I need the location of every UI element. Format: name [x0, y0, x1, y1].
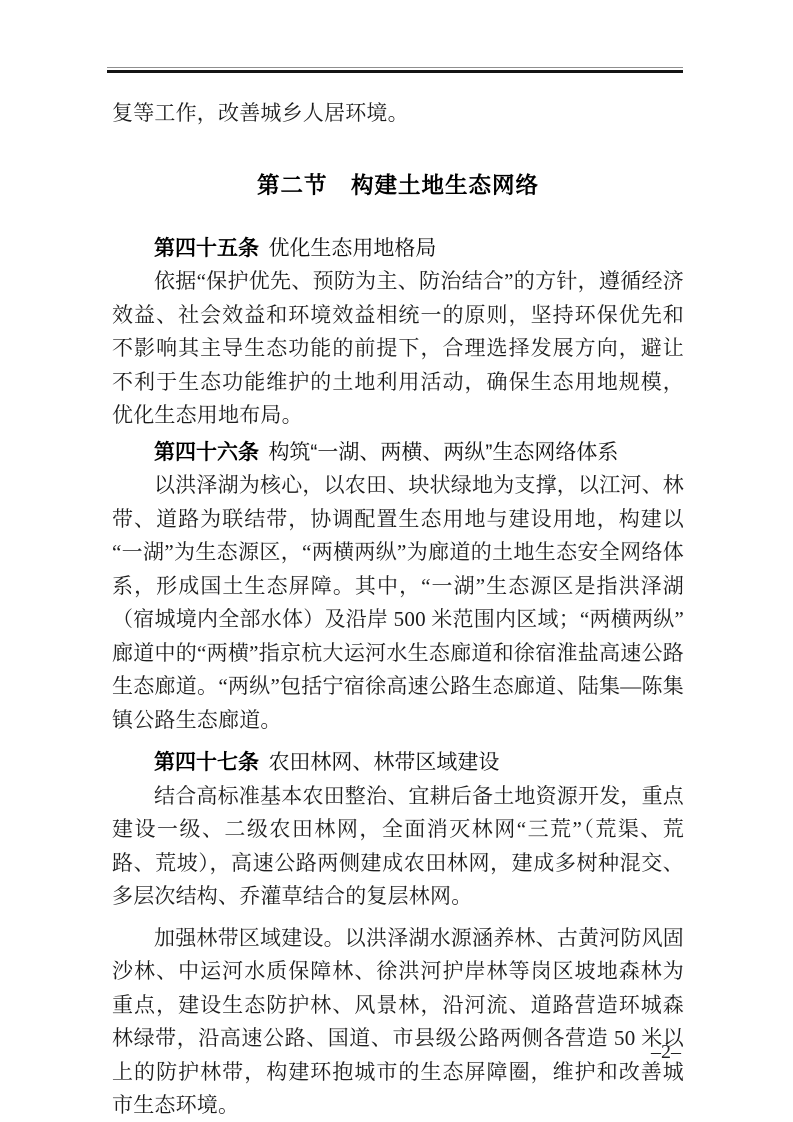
page-number: –2– [651, 1040, 681, 1064]
article-47-heading: 第四十七条农田林网、林带区域建设 [112, 746, 684, 780]
article-47-title: 农田林网、林带区域建设 [268, 751, 499, 774]
article-47-paragraph-2: 加强林带区域建设。以洪泽湖水源涵养林、古黄河防风固沙林、中运河水质保障林、徐洪河… [112, 922, 684, 1122]
document-page: 复等工作，改善城乡人居环境。 第二节 构建土地生态网络 第四十五条优化生态用地格… [0, 0, 793, 1122]
article-46-title: 构筑“一湖、两横、两纵”生态网络体系 [268, 441, 618, 464]
article-45-paragraph-1: 依据“保护优先、预防为主、防治结合”的方针，遵循经济效益、社会效益和环境效益相统… [112, 265, 684, 433]
page-content: 复等工作，改善城乡人居环境。 第二节 构建土地生态网络 第四十五条优化生态用地格… [112, 0, 684, 1122]
article-46-paragraph-1: 以洪泽湖为核心，以农田、块状绿地为支撑，以江河、林带、道路为联结带，协调配置生态… [112, 469, 684, 737]
continuation-paragraph: 复等工作，改善城乡人居环境。 [112, 97, 684, 131]
section-heading: 第二节 构建土地生态网络 [112, 168, 684, 204]
article-45: 第四十五条优化生态用地格局 依据“保护优先、预防为主、防治结合”的方针，遵循经济… [112, 232, 684, 433]
article-45-number: 第四十五条 [154, 237, 259, 260]
article-47-paragraph-1: 结合高标准基本农田整治、宜耕后备土地资源开发，重点建设一级、二级农田林网，全面消… [112, 780, 684, 914]
article-47-number: 第四十七条 [154, 751, 259, 774]
article-47: 第四十七条农田林网、林带区域建设 结合高标准基本农田整治、宜耕后备土地资源开发，… [112, 746, 684, 1122]
article-46-heading: 第四十六条构筑“一湖、两横、两纵”生态网络体系 [112, 436, 684, 470]
article-46-number: 第四十六条 [154, 441, 259, 464]
article-46: 第四十六条构筑“一湖、两横、两纵”生态网络体系 以洪泽湖为核心，以农田、块状绿地… [112, 436, 684, 738]
article-45-title: 优化生态用地格局 [268, 237, 436, 260]
article-45-heading: 第四十五条优化生态用地格局 [112, 232, 684, 266]
